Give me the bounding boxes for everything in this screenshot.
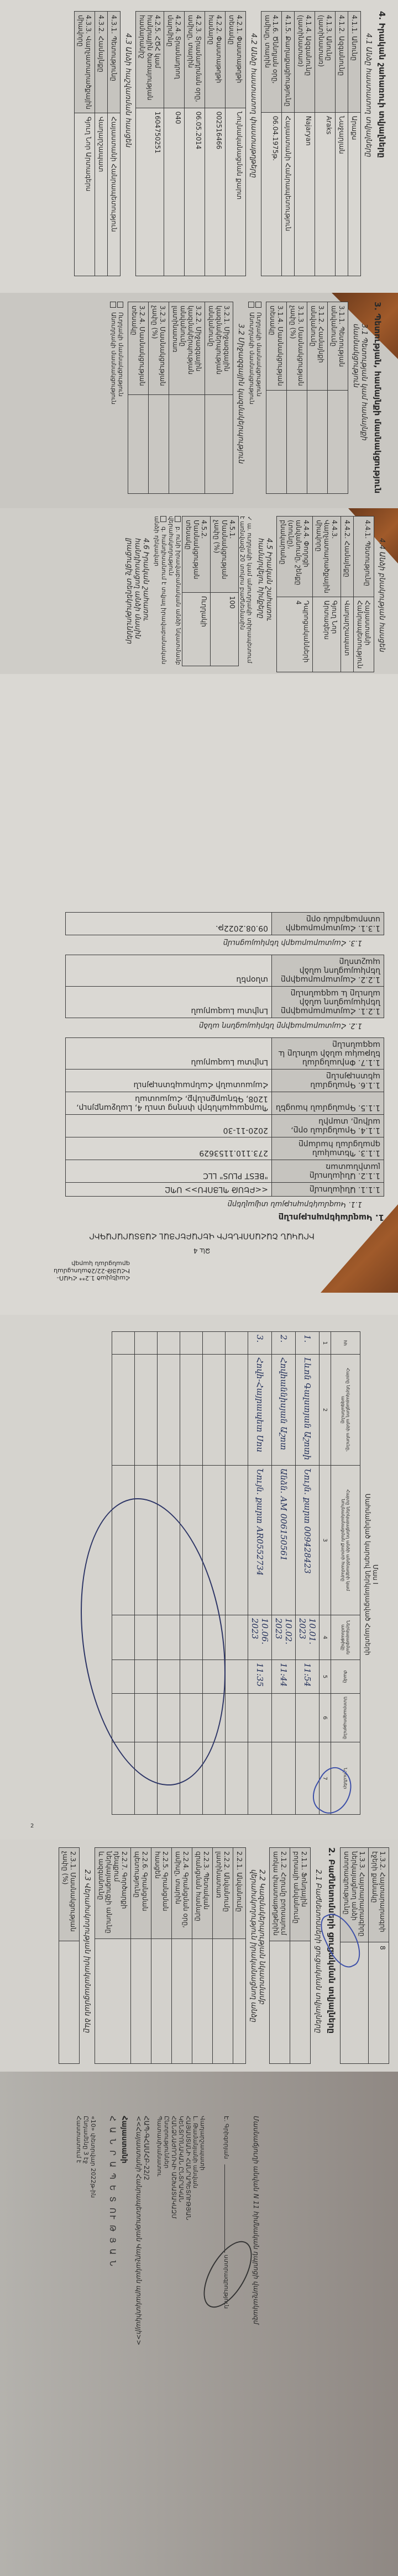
field-label: 3.2.4. Մասնակցության տեսակը <box>128 302 149 395</box>
field-value: Հայաստանի Հանրապետություն <box>108 113 121 276</box>
country-title: Հայաստանի <box>120 2116 128 2574</box>
field-label: 4.2.2. Փաստաթղթի համարը <box>205 12 226 108</box>
table-4-5: 4.5.1. Մասնակցության չափը (%)100 4.5.2. … <box>182 516 239 666</box>
table-row: 3.2.2. Միջազգային կազմակերպության անվանո… <box>169 302 205 494</box>
table-row: 2.1.2. Հղումը բորսայում առկա փաստաթղթերի… <box>270 1848 290 2064</box>
table-row: 4.1.1. ԱնունըԱրաքս <box>348 12 361 276</box>
table-1-2: 1.2.1. Հայտարարագիրը ներկայացնող անձի ան… <box>65 955 384 1018</box>
table-row: 1.1.7. Փոխանցման ենթակա անձի անունը և ազ… <box>66 1038 384 1070</box>
table-row: 1.1.2. Անվանումը լատինատառ"BEST PLUS" LL… <box>66 1160 384 1183</box>
field-value: Արաքս <box>348 112 361 276</box>
field-value <box>95 1939 131 2064</box>
table-row: 4.1.6. Ծննդյան օրը, ամիսը, տարին06.04.19… <box>261 12 282 276</box>
table-1-1: 1.1.1. Անվանումը<<ԲԵՍԹ ՊԼՅՈՒՍ>> ՍՊԸ1.1.2… <box>65 1037 384 1197</box>
section-4-4-title: 4.4 Անձի բնակության հասցեն <box>378 538 386 666</box>
table-row-empty <box>226 1332 248 1815</box>
table-cell: 11:54 <box>296 1660 320 1694</box>
table-row: 4.4.2. ՀամայնքըՎաղարշապատ <box>341 517 354 672</box>
field-label: 1.1.1. Անվանումը <box>272 1183 384 1197</box>
table-cell: 11:35 <box>248 1660 272 1694</box>
field-value <box>131 1939 151 2064</box>
table-row: 4.4.1. ՊետությունըՀայաստանի Հանրապետությ… <box>354 517 374 672</box>
table-2-2: 2.2.1. Անվանումը2.2.2. Անվանումը լատինատ… <box>95 1847 246 2064</box>
field-value: Najaryan <box>295 112 315 276</box>
table-4-3: 4.3.1. ՊետությունըՀայաստանի Հանրապետությ… <box>74 11 121 276</box>
field-value: տնօրեն <box>66 955 272 987</box>
field-value: Պարզապահների փողոց տուն 4, Լանջաղբյուր, … <box>66 1092 272 1115</box>
table-row: 4.2.2. Փաստաթղթի համարը002516466 <box>205 12 226 276</box>
table-row: 2.2.1. Անվանումը <box>233 1848 246 2064</box>
section-3-title: 3. Պետության, համայնքի մասնակցություն <box>373 302 383 494</box>
section-2-3-title: 2.3 Վերահսկողության իրականացման ձևը <box>83 1869 91 2064</box>
field-value <box>328 391 348 494</box>
table-row: 4.4.3. Վարչատարածքային միավորըԳյուղ Նոր … <box>313 517 341 672</box>
section-1-1-title: 1.1. Կազմակերպության տվյալները <box>19 1200 362 1208</box>
table-row: 4.3.1. ՊետությունըՀայաստանի Հանրապետությ… <box>108 12 121 276</box>
field-label: 2.1.2. Հղումը բորսայում առկա փաստաթղթերի… <box>270 1848 290 1941</box>
photo-page-1: Հավելված 1.2** ՀԿԱՌ-ԻՀԱՅԹ-22/2ծանուցման … <box>0 674 398 1315</box>
field-value: Լոլիտա Լազարյան <box>66 987 272 1018</box>
page-number: 2 <box>30 1823 34 1829</box>
table-cell: 2. <box>272 1332 296 1355</box>
field-value: 06.05.2014 <box>185 108 205 276</box>
table-4-1: 4.1.1. ԱնունըԱրաքս4.1.2. ԱզգանունըՆաջարյ… <box>261 11 361 276</box>
field-value: 06.04.1975թ. <box>261 112 282 276</box>
checkbox-option[interactable]: Ուղղակի մասնակցություն <box>117 302 124 494</box>
field-value: "BEST PLUS" LLC <box>66 1160 272 1183</box>
document-title: ԻՐԱԿԱՆ ՇԱՀԱՌՈՒՆԵՐԻ ՎԵՐԱԲԵՐՅԱԼ ՀԱՅՏԱՐԱՐԱԳ… <box>19 1231 384 1240</box>
table-row: 2.1.1. Ֆոնդային բորսայի անվանումը <box>290 1848 311 2064</box>
field-label: 4.2.5. ՀԾՀ կամ հանրային ծառայության համա… <box>136 12 164 108</box>
field-value <box>205 394 233 493</box>
field-value <box>149 394 169 493</box>
org-line: Ընտրություններ <box>163 2116 170 2574</box>
table-row: 1.1.6. Գրանցման պետությունըՀայաստանի Հան… <box>66 1070 384 1092</box>
field-label: 4.1.2. Ազգանունը <box>336 12 348 113</box>
table-row: 2.2.4. Գրանցման օրը, ամիսը, տարին <box>172 1848 192 2064</box>
field-value: Նույնականացման քարտ <box>226 108 246 276</box>
section-4-6-title: 4.6 Իրական շահառու հանդիսացող անձի մասին… <box>125 538 150 666</box>
field-label: 3.2.3. Մասնակցության չափը (%) <box>149 302 169 395</box>
table-row: 1.2.2. Հայտարարագիրը ներկայացնող անձի պա… <box>66 955 384 987</box>
field-label: 4.1.6. Ծննդյան օրը, ամիսը, տարին <box>261 12 282 113</box>
field-value <box>307 391 328 494</box>
table-row: 2.2.3. Պետական գրանցման համարը <box>192 1848 213 2064</box>
basis-c: գ. հանդիսանում է տվյալ իրավաբանական անձի… <box>153 516 167 666</box>
footer-date: «10» փետրվար 2022թ-ին <box>90 2116 97 2574</box>
footer-pages: Ընդամենը 3 էջ <box>82 2116 90 2574</box>
table-cell: Նույն. քարտ 009428423 <box>296 1466 320 1615</box>
reference-number: ՀԱՊ-ԳՀԱՄՀԲ-22/2 <box>143 2116 150 2574</box>
table-row: 1.2.1. Հայտարարագիրը ներկայացնող անձի ան… <box>66 987 384 1018</box>
table-row: 2.2.6. Գրանցման պետությունը <box>131 1848 151 2064</box>
table-row: 2.2.2. Անվանումը լատինատառ <box>213 1848 233 2064</box>
field-label: 1.3.2. Հայտարարագրի էջերի քանակը <box>369 1848 389 1942</box>
field-value: 002516466 <box>205 108 226 276</box>
section-2-1-title: 2.1 Բաժնետոմսերի ցուցակման տվյալները <box>314 1869 322 2064</box>
table-2-3: 2.3.1. Մասնակցության չափը (%) <box>59 1847 80 2064</box>
field-label: 1.1.7. Փոխանցման ենթակա անձի անունը և ազ… <box>272 1038 384 1070</box>
table-cell: Լևոն Գալստյան Աշոտի <box>296 1355 320 1466</box>
table-row: 1.3.1. Հայտարարագրի ստորագրման օրը09.08.… <box>66 913 384 935</box>
section-3-2-title: 3.2 Միջազգային կազմակերպություն <box>237 324 245 494</box>
table-row: 4.2.4. Տրամադրող մարմինը040 <box>164 12 185 276</box>
section-4-1-title: 4.1 Անձը հաստատող տվյալները <box>364 33 373 276</box>
table-3-1: 3.1.1. Պետության անվանումը3.1.2. Համայնք… <box>266 302 348 494</box>
table-cell: 10.02. 2023 <box>272 1615 296 1660</box>
footer-sign: Հաստատում է <box>75 2116 82 2574</box>
table-cell: 3. <box>248 1332 272 1355</box>
column-number: 1 <box>320 1332 331 1355</box>
field-label: 3.1.1. Պետության անվանումը <box>328 302 348 391</box>
basis-b: բ. ունի իրավաբանական անձի նկատմամբ վերահ… <box>167 516 182 666</box>
table-1-3: 1.3.1. Հայտարարագրի ստորագրման օրը09.08.… <box>65 912 384 935</box>
page-1-upside-down: Հավելված 1.2** ՀԿԱՌ-ԻՀԱՅԹ-22/2ծանուցման … <box>8 674 395 1293</box>
field-label: 1.2.1. Հայտարարագիրը ներկայացնող անձի ան… <box>272 987 384 1018</box>
checkbox-icon[interactable] <box>161 516 167 522</box>
field-label: 1.1.6. Գրանցման պետությունը <box>272 1070 384 1092</box>
table-cell <box>272 1742 296 1815</box>
table-row: 4.2.3. Տրամադրման օրը, ամիսը, տարին06.05… <box>185 12 205 276</box>
field-value <box>128 394 149 493</box>
field-label: 2.2.1. Անվանումը <box>233 1848 246 1939</box>
field-label: 4.1.1. Անունը <box>348 12 361 113</box>
org-line: ԿԵՆՏՐՈՆԱԿԱՆ ԸՆՏՐԱԿԱՆ <box>177 2116 185 2574</box>
photo-log-page: Մաս I Սահմանված կարգով ներկայացված Հայտե… <box>0 1315 398 1840</box>
section-3-1-title: 3.1 Պետության կամ համայնքի մասնակցությու… <box>352 324 368 494</box>
column-header: Ստորագրությունը <box>331 1694 360 1742</box>
last-page-rotated: Մասնաճյուղի անվան N 11 հիմնական դպրոցի վ… <box>17 2116 260 2574</box>
field-label: 1.1.4. Գրանցման օրը, ամիսը, տարին <box>272 1115 384 1137</box>
checkbox-icon[interactable] <box>111 302 117 308</box>
field-label: 3.1.3. Մասնակցության չափը (%) <box>287 302 307 391</box>
options-3-1: Ուղղակի մասնակցություն Անուղղակի մասնակց… <box>248 302 263 494</box>
table-4-4: 4.4.1. ՊետությունըՀայաստանի Հանրապետությ… <box>276 516 374 672</box>
field-value: 273.110.1153629 <box>66 1137 272 1160</box>
checkbox-icon[interactable] <box>256 302 262 308</box>
table-row: 2.3.1. Մասնակցության չափը (%) <box>59 1848 80 2064</box>
table-2-1: 2.1.1. Ֆոնդային բորսայի անվանումը2.1.2. … <box>269 1847 311 2064</box>
table-cell <box>296 1694 320 1742</box>
field-value: Գյուղ Նոր Արտագերս <box>75 113 95 276</box>
table-row: 3.2.1. Միջազգային կազմակերպության անվանո… <box>205 302 233 494</box>
photo-page-2: 1.3.2. Հայտարարագրի էջերի քանակը81.3.3. … <box>0 1840 398 2072</box>
table-row: 4.1.3. Անունը (լատինատառ)Araks <box>315 12 336 276</box>
field-value: Նաջարյան <box>336 112 348 276</box>
org-line: Լ. Թամանյանի անվան <box>192 2116 199 2574</box>
table-row: 4.1.4. Ազգանունը (լատինատառ)Najaryan <box>295 12 315 276</box>
table-row: 1.1.4. Գրանցման օրը, ամիսը, տարին2020-11… <box>66 1115 384 1137</box>
table-row: 3.1.3. Մասնակցության չափը (%) <box>287 302 307 494</box>
field-value <box>213 1939 233 2064</box>
table-row: 1.1.1. Անվանումը<<ԲԵՍԹ ՊԼՅՈՒՍ>> ՍՊԸ <box>66 1183 384 1197</box>
form-code: Ձև 4 <box>19 1247 384 1260</box>
table-cell <box>248 1694 272 1742</box>
column-header: հհ <box>331 1332 360 1355</box>
field-label: 3.2.1. Միջազգային կազմակերպության անվանո… <box>205 302 233 395</box>
table-4-2: 4.2.1. Փաստաթղթի տեսակըՆույնականացման քա… <box>135 11 246 276</box>
org-block: ՎաղարշապատիԼ. Թամանյանի անվանՀԱՅԱՍՏԱՆԻ Հ… <box>156 2116 206 2574</box>
photo-page-4: 4. Իրական շահառուի տվյալները 4.1 Անձը հա… <box>0 0 398 293</box>
column-number: 5 <box>320 1660 331 1694</box>
field-label: 4.1.4. Ազգանունը (լատինատառ) <box>295 12 315 113</box>
column-header: Հայտը ներկայացնող անձի անունը, ազգանունը <box>331 1355 360 1466</box>
org-line: ՀԱՅԱՍՏԱՆԻ ՀԱՆՐԱՊԵՏՈՒԹՅԱՆ <box>185 2116 192 2574</box>
section-1-2-title: 1.2. Հայտարարագիրը ներկայացնող անձը <box>19 1021 362 1030</box>
column-header: Հայտը ներկայացնող անձի անձնագրի կամ նույ… <box>331 1466 360 1615</box>
field-value: Լոլիտա Լազարյան <box>66 1038 272 1070</box>
annex-note: Հավելված 1.2** ՀԿԱՌ-ԻՀԱՅԹ-22/2ծանուցման … <box>19 1260 130 1282</box>
field-label: 3.1.2. Համայնքի անվանումը <box>307 302 328 391</box>
table-row: 3.2.3. Մասնակցության չափը (%) <box>149 302 169 494</box>
field-value: 2020-11-30 <box>66 1115 272 1137</box>
column-number: 2 <box>320 1355 331 1466</box>
photo-last-page: Մասնաճյուղի անվան N 11 հիմնական դպրոցի վ… <box>0 2072 398 2576</box>
field-value: Հայաստանի Հանրապետություն <box>282 112 295 276</box>
field-value: Հայաստանի Հանրապետություն <box>66 1070 272 1092</box>
table-cell: Անձն. АМ 006150561 <box>272 1466 296 1615</box>
column-header: ժամը <box>331 1660 360 1694</box>
column-header: Ներկայացման ամսաթիվը <box>331 1615 360 1660</box>
field-label: 4.2.4. Տրամադրող մարմինը <box>164 12 185 108</box>
table-cell: 10.06. 2023 <box>248 1615 272 1660</box>
field-value: Գյուղ Նոր Արտագերս <box>313 597 341 672</box>
table-row: 1.Լևոն Գալստյան ԱշոտիՆույն. քարտ 0094284… <box>296 1332 320 1815</box>
regulation-line: <<Հայաստանի Հանրապետության Վարչական պրակ… <box>135 2116 143 2574</box>
field-label: 4.2.1. Փաստաթղթի տեսակը <box>226 12 246 108</box>
field-label: 4.1.3. Անունը (լատինատառ) <box>315 12 336 113</box>
field-value <box>270 1941 290 2064</box>
section-4-5-title: 4.5 Իրական շահառու համարվելու հիմքերը <box>256 538 273 666</box>
checkbox-option[interactable]: Անուղղակի մասնակցություն <box>248 302 255 494</box>
field-label: 2.2.5. Գրանցման հասցեն <box>151 1848 172 1939</box>
field-label: 4.4.3. Վարչատարածքային միավորը <box>313 517 341 597</box>
field-value: Դպրոցականների 4 <box>277 597 313 672</box>
field-value <box>172 1939 192 2064</box>
checkbox-icon[interactable] <box>249 302 255 308</box>
field-label: 4.3.3. Վարչատարածքային միավորը <box>75 12 95 113</box>
table-cell <box>248 1742 272 1815</box>
field-label: 4.3.1. Պետությունը <box>108 12 121 113</box>
basis-a: ✓ ա. ուղղակի կամ անուղղակի տիրապետում է … <box>239 516 253 666</box>
table-row: 1.3.2. Հայտարարագրի էջերի քանակը8 <box>369 1848 389 2064</box>
checkbox-icon[interactable] <box>175 516 181 522</box>
field-value <box>233 1939 246 2064</box>
table-3-2: 3.2.1. Միջազգային կազմակերպության անվանո… <box>128 302 233 494</box>
field-value <box>290 1941 311 2064</box>
org-line: Վաղարշապատի <box>199 2116 206 2574</box>
table-row: 4.5.2. Մասնակցության տեսակըՈւղղակի <box>182 517 211 666</box>
field-label: 2.1.1. Ֆոնդային բորսայի անվանումը <box>290 1848 311 1941</box>
table-cell: 10.01. 2023 <box>296 1615 320 1660</box>
column-number: 3 <box>320 1466 331 1615</box>
table-cell <box>272 1694 296 1742</box>
table-row: 2.2.7. Գործարքի դեպքում ներկայացուցչի ան… <box>95 1848 131 2064</box>
field-label: 1.2.2. Հայտարարագիրը ներկայացնող անձի պա… <box>272 955 384 987</box>
field-value: Araks <box>315 112 336 276</box>
field-value <box>287 391 307 494</box>
checkbox-option[interactable]: Անուղղակի մասնակցություն <box>110 302 117 494</box>
table-row: 3.1.1. Պետության անվանումը <box>328 302 348 494</box>
field-label: 4.4.4. Փողոցի անվանումը, շենքը (տունը), … <box>277 517 313 597</box>
field-label: 3.2.2. Միջազգային կազմակերպության անվանո… <box>169 302 205 395</box>
checkbox-option[interactable]: Ուղղակի մասնակցություն <box>255 302 263 494</box>
table-cell: 11:44 <box>272 1660 296 1694</box>
table-row: 4.5.1. Մասնակցության չափը (%)100 <box>211 517 239 666</box>
table-row: 2.Հովհաննիսյան ԱշոտԱնձն. АМ 00615056110.… <box>272 1332 296 1815</box>
field-label: 2.2.2. Անվանումը լատինատառ <box>213 1848 233 1939</box>
table-row: 4.2.1. Փաստաթղթի տեսակըՆույնականացման քա… <box>226 12 246 276</box>
signatory-line: Է. Գրիգորյան ստորագրություն <box>223 2116 230 2574</box>
section-1-title: 1. Կազմակերպությունը <box>19 1213 384 1223</box>
org-line: ՀԱՆՁՆԱԺՈՂՈՎԻ ԱՇԽԱՏԱԿԱԶՄ <box>170 2116 177 2574</box>
field-label: 3.1.4. Մասնակցության տեսակը <box>266 302 287 391</box>
field-label: 4.4.2. Համայնքը <box>341 517 354 597</box>
table-row: 4.3.3. Վարչատարածքային միավորըԳյուղ Նոր … <box>75 12 95 276</box>
checkbox-icon[interactable] <box>118 302 124 308</box>
table-row: 3.2.4. Մասնակցության տեսակը <box>128 302 149 494</box>
field-label: 2.2.6. Գրանցման պետությունը <box>131 1848 151 1939</box>
table-row: 1.1.3. Պետական գրանցման համարը273.110.11… <box>66 1137 384 1160</box>
field-value: 8 <box>369 1942 389 2063</box>
field-label: 1.1.2. Անվանումը լատինատառ <box>272 1160 384 1183</box>
field-label: 4.1.5. Քաղաքացիությունը <box>282 12 295 113</box>
table-row: 4.1.2. ԱզգանունըՆաջարյան <box>336 12 348 276</box>
field-label: 2.2.3. Պետական գրանցման համարը <box>192 1848 213 1939</box>
field-value <box>169 394 205 493</box>
field-label: 2.2.7. Գործարքի դեպքում ներկայացուցչի ան… <box>95 1848 131 1939</box>
table-cell: Հովհաննիսյան Աշոտ <box>272 1355 296 1466</box>
field-value: Վաղարշապատ <box>341 597 354 672</box>
field-label: 4.2.3. Տրամադրման օրը, ամիսը, տարին <box>185 12 205 108</box>
table-row: 4.1.5. ՔաղաքացիությունըՀայաստանի Հանրապե… <box>282 12 295 276</box>
table-row: 1.1.5. Գրանցման հասցենՊարզապահների փողոց… <box>66 1092 384 1115</box>
field-value: <<ԲԵՍԹ ՊԼՅՈՒՍ>> ՍՊԸ <box>66 1183 272 1197</box>
page-3-rotated: 3. Պետության, համայնքի մասնակցություն 3.… <box>11 293 387 503</box>
table-row: 4.2.5. ՀԾՀ կամ հանրային ծառայության համա… <box>136 12 164 276</box>
log-subtitle: Սահմանված կարգով ներկայացված Հայտերի <box>364 1331 371 1818</box>
table-row: 3.Հովհ-Հայրապետ ՍոսՆույն. քարտ АR0552734… <box>248 1332 272 1815</box>
section-4-2-title: 4.2 Անձը հաստատող փաստաթղթերը <box>249 33 258 276</box>
field-value <box>192 1939 213 2064</box>
table-row: 4.3.2. ՀամայնքըՎաղարշապատ <box>95 12 108 276</box>
column-number: 4 <box>320 1615 331 1660</box>
table-row: 2.2.5. Գրանցման հասցեն <box>151 1848 172 2064</box>
column-number: 6 <box>320 1694 331 1742</box>
table-cell: 1. <box>296 1332 320 1355</box>
table-cell: Նույն. քարտ АR0552734 <box>248 1466 272 1615</box>
page-4-rotated: 4. Իրական շահառուի տվյալները 4.1 Անձը հա… <box>11 0 392 287</box>
table-row: 3.1.2. Համայնքի անվանումը <box>307 302 328 494</box>
table-row: 3.1.4. Մասնակցության տեսակը <box>266 302 287 494</box>
org-line: Պատասխանատու <box>156 2116 163 2574</box>
section-4-3-title: 4.3 Անձի հաշվառման հասցեն <box>124 33 132 276</box>
field-value: 1604750251 <box>136 108 164 276</box>
school-name: Մասնաճյուղի անվան N 11 հիմնական դպրոցի վ… <box>252 2116 260 2574</box>
field-value: Վաղարշապատ <box>95 113 108 276</box>
field-label: 2.2.4. Գրանցման օրը, ամիսը, տարին <box>172 1848 192 1939</box>
field-label: 4.4.1. Պետությունը <box>354 517 374 597</box>
options-3-2: Ուղղակի մասնակցություն Անուղղակի մասնակց… <box>110 302 124 494</box>
table-cell: Հովհ-Հայրապետ Սոս <box>248 1355 272 1466</box>
photo-page-3: 3. Պետության, համայնքի մասնակցություն 3.… <box>0 293 398 508</box>
page-4b-rotated: 4.4 Անձի բնակության հասցեն 4.4.1. Պետութ… <box>6 508 392 674</box>
field-label: 1.1.3. Պետական գրանցման համարը <box>272 1137 384 1160</box>
table-row: 4.4.4. Փողոցի անվանումը, շենքը (տունը), … <box>277 517 313 672</box>
field-label: 4.3.2. Համայնքը <box>95 12 108 113</box>
field-value <box>151 1939 172 2064</box>
log-title: Մաս I <box>371 1331 379 1818</box>
field-value: 040 <box>164 108 185 276</box>
section-1-3-title: 1.3. Հայտարարագրի ներկայացումը <box>19 939 362 947</box>
field-label: 1.1.5. Գրանցման հասցեն <box>272 1092 384 1115</box>
field-value <box>266 391 287 494</box>
country-spaced: Հ Ա Ն Ր Ա Պ Ե Տ ՈՒ Թ Յ Ա Ն <box>108 2116 117 2574</box>
section-2-2-title: 2.2 Կազմակերպության նկատմամբ վերահսկողու… <box>249 1869 266 2064</box>
photo-page-4b: 4.4 Անձի բնակության հասցեն 4.4.1. Պետութ… <box>0 508 398 674</box>
field-value: Հայաստանի Հանրապետություն <box>354 597 374 672</box>
section-4-title: 4. Իրական շահառուի տվյալները <box>377 11 387 276</box>
